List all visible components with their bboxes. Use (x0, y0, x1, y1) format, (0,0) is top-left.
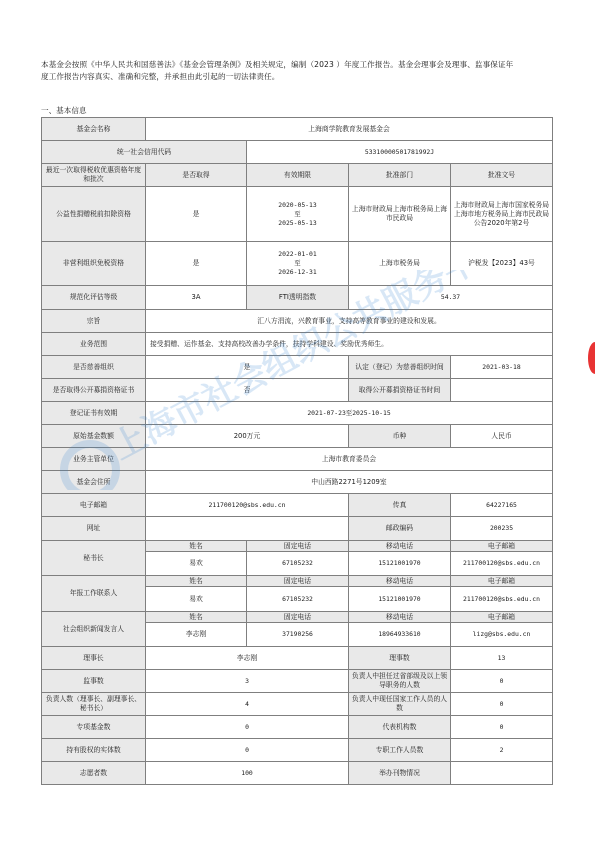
value-civil-servant-count: 0 (451, 693, 553, 716)
header-contact-email: 电子邮箱 (451, 576, 553, 587)
row-cert-validity: 登记证书有效期 2021-07-23至2025-10-15 (42, 402, 553, 425)
row-governance: 持有股权的实体数 0 专职工作人员数 2 (42, 739, 553, 762)
value-authority: 上海市教育委员会 (146, 448, 553, 471)
label-volunteers-count: 志愿者数 (42, 762, 146, 785)
period-start: 2022-01-01 (249, 250, 346, 259)
label-directors-count: 理事数 (349, 647, 451, 670)
header-contact-mobile: 移动电话 (349, 541, 451, 552)
label-supervisors-count: 监事数 (42, 670, 146, 693)
value-contact-phone: 37190256 (247, 623, 349, 647)
value-credit-code: 53310000501781992J (247, 141, 553, 164)
row-governance: 志愿者数 100 举办刊物情况 (42, 762, 553, 785)
value-charity-date: 2021-03-18 (451, 356, 553, 379)
label-former-ministerial-count: 负责人中担任过省部级及以上领导职务的人数 (349, 670, 451, 693)
value-chairman: 李志刚 (146, 647, 349, 670)
header-contact-mobile: 移动电话 (349, 612, 451, 623)
value-tax-deduction-period: 2020-05-13 至 2025-05-13 (247, 187, 349, 242)
label-tax-exemption: 非营利组织免税资格 (42, 242, 146, 286)
header-validity: 有效期限 (247, 164, 349, 187)
value-tax-exemption-obtained: 是 (146, 242, 247, 286)
basic-info-table: 基金会名称 上海商学院教育发展基金会 统一社会信用代码 533100005017… (41, 117, 553, 785)
header-contact-mobile: 移动电话 (349, 576, 451, 587)
header-contact-name: 姓名 (146, 541, 247, 552)
value-contact-email: lizg@sbs.edu.cn (451, 623, 553, 647)
label-chairman: 理事长 (42, 647, 146, 670)
period-end: 2025-05-13 (249, 219, 346, 228)
row-tax-exemption: 非营利组织免税资格 是 2022-01-01 至 2026-12-31 上海市税… (42, 242, 553, 286)
value-tax-exemption-department: 上海市税务局 (349, 242, 451, 286)
value-rating: 3A (146, 286, 247, 310)
header-contact-name: 姓名 (146, 576, 247, 587)
row-scope: 业务范围 接受捐赠、运作基金、支持高校改善办学条件，扶持学科建设、奖励优秀师生。 (42, 333, 553, 356)
label-scope: 业务范围 (42, 333, 146, 356)
value-foundation-name: 上海商学院教育发展基金会 (146, 118, 553, 141)
value-special-funds-count: 0 (146, 716, 349, 739)
value-equity-entities-count: 0 (146, 739, 349, 762)
label-civil-servant-count: 负责人中现任国家工作人员的人数 (349, 693, 451, 716)
value-contact-name: 易欢 (146, 552, 247, 576)
label-email: 电子邮箱 (42, 494, 146, 517)
row-authority: 业务主管单位 上海市教育委员会 (42, 448, 553, 471)
label-contact-report: 年报工作联系人 (42, 576, 146, 612)
header-contact-phone: 固定电话 (247, 576, 349, 587)
label-rating: 规范化评估等级 (42, 286, 146, 310)
row-purpose: 宗旨 汇八方涓流，兴教育事业，支持高等教育事业的建设和发展。 (42, 310, 553, 333)
row-website-postcode: 网址 邮政编码 200235 (42, 517, 553, 541)
section-title-basic-info: 一、基本信息 (41, 106, 87, 116)
label-charity-date: 认定（登记）为慈善组织时间 (349, 356, 451, 379)
period-to: 至 (249, 259, 346, 268)
value-currency: 人民币 (451, 425, 553, 448)
label-website: 网址 (42, 517, 146, 541)
label-special-funds-count: 专项基金数 (42, 716, 146, 739)
value-fax: 64227165 (451, 494, 553, 517)
row-rating: 规范化评估等级 3A FTI透明指数 54.37 (42, 286, 553, 310)
label-equity-entities-count: 持有股权的实体数 (42, 739, 146, 762)
value-purpose: 汇八方涓流，兴教育事业，支持高等教育事业的建设和发展。 (146, 310, 553, 333)
label-fulltime-staff-count: 专职工作人员数 (349, 739, 451, 762)
header-doc-no: 批准文号 (451, 164, 553, 187)
value-leaders-count: 4 (146, 693, 349, 716)
period-start: 2020-05-13 (249, 201, 346, 210)
value-email: 211700120@sbs.edu.cn (146, 494, 349, 517)
header-contact-phone: 固定电话 (247, 612, 349, 623)
label-cert-validity: 登记证书有效期 (42, 402, 146, 425)
value-cert-validity: 2021-07-23至2025-10-15 (146, 402, 553, 425)
header-contact-email: 电子邮箱 (451, 612, 553, 623)
label-purpose: 宗旨 (42, 310, 146, 333)
row-contact-secretary-header: 秘书长 姓名 固定电话 移动电话 电子邮箱 (42, 541, 553, 552)
label-authority: 业务主管单位 (42, 448, 146, 471)
label-address: 基金会住所 (42, 471, 146, 494)
header-contact-email: 电子邮箱 (451, 541, 553, 552)
header-department: 批准部门 (349, 164, 451, 187)
value-charity: 是 (146, 356, 349, 379)
label-charity: 是否慈善组织 (42, 356, 146, 379)
row-governance: 专项基金数 0 代表机构数 0 (42, 716, 553, 739)
value-scope: 接受捐赠、运作基金、支持高校改善办学条件，扶持学科建设、奖励优秀师生。 (146, 333, 553, 356)
row-public-fundraising: 是否取得公开募捐资格证书 否 取得公开募捐资格证书时间 (42, 379, 553, 402)
label-public-fundraising: 是否取得公开募捐资格证书 (42, 379, 146, 402)
label-public-fundraising-date: 取得公开募捐资格证书时间 (349, 379, 451, 402)
label-currency: 币种 (349, 425, 451, 448)
value-postcode: 200235 (451, 517, 553, 541)
value-tax-deduction-obtained: 是 (146, 187, 247, 242)
period-to: 至 (249, 210, 346, 219)
value-public-fundraising-date (451, 379, 553, 402)
seal-stamp-icon (588, 342, 595, 374)
row-tax-deduction: 公益性捐赠税前扣除资格 是 2020-05-13 至 2025-05-13 上海… (42, 187, 553, 242)
label-contact-spokesperson: 社会组织新闻发言人 (42, 612, 146, 647)
row-initial-fund: 原始基金数额 200万元 币种 人民币 (42, 425, 553, 448)
row-contact-spokesperson-header: 社会组织新闻发言人 姓名 固定电话 移动电话 电子邮箱 (42, 612, 553, 623)
row-charity: 是否慈善组织 是 认定（登记）为慈善组织时间 2021-03-18 (42, 356, 553, 379)
label-publications: 举办刊物情况 (349, 762, 451, 785)
label-fti: FTI透明指数 (247, 286, 349, 310)
label-contact-secretary: 秘书长 (42, 541, 146, 576)
value-contact-mobile: 15121001970 (349, 587, 451, 612)
row-email-fax: 电子邮箱 211700120@sbs.edu.cn 传真 64227165 (42, 494, 553, 517)
value-publications (451, 762, 553, 785)
label-initial-fund: 原始基金数额 (42, 425, 146, 448)
value-tax-exemption-doc-no: 沪税发【2023】43号 (451, 242, 553, 286)
value-supervisors-count: 3 (146, 670, 349, 693)
value-contact-email: 211700120@sbs.edu.cn (451, 587, 553, 612)
row-tax-header: 最近一次取得税收优惠资格年度和批次 是否取得 有效期限 批准部门 批准文号 (42, 164, 553, 187)
value-fulltime-staff-count: 2 (451, 739, 553, 762)
label-leaders-count: 负责人数（理事长、副理事长、秘书长） (42, 693, 146, 716)
row-contact-report-header: 年报工作联系人 姓名 固定电话 移动电话 电子邮箱 (42, 576, 553, 587)
value-rep-offices-count: 0 (451, 716, 553, 739)
value-contact-phone: 67105232 (247, 587, 349, 612)
value-contact-mobile: 15121001970 (349, 552, 451, 576)
value-directors-count: 13 (451, 647, 553, 670)
value-contact-mobile: 18964933610 (349, 623, 451, 647)
value-contact-name: 易欢 (146, 587, 247, 612)
label-rep-offices-count: 代表机构数 (349, 716, 451, 739)
value-former-ministerial-count: 0 (451, 670, 553, 693)
value-website (146, 517, 349, 541)
value-fti: 54.37 (349, 286, 553, 310)
value-address: 中山西路2271号1209室 (146, 471, 553, 494)
intro-paragraph: 本基金会按照《中华人民共和国慈善法》《基金会管理条例》及相关规定，编制（2023… (41, 59, 521, 83)
row-credit-code: 统一社会信用代码 53310000501781992J (42, 141, 553, 164)
label-tax-qualification: 最近一次取得税收优惠资格年度和批次 (42, 164, 146, 187)
period-end: 2026-12-31 (249, 268, 346, 277)
row-governance: 监事数 3 负责人中担任过省部级及以上领导职务的人数 0 (42, 670, 553, 693)
value-initial-fund: 200万元 (146, 425, 349, 448)
label-fax: 传真 (349, 494, 451, 517)
label-foundation-name: 基金会名称 (42, 118, 146, 141)
header-obtained: 是否取得 (146, 164, 247, 187)
header-contact-name: 姓名 (146, 612, 247, 623)
value-tax-exemption-period: 2022-01-01 至 2026-12-31 (247, 242, 349, 286)
value-contact-phone: 67105232 (247, 552, 349, 576)
value-volunteers-count: 100 (146, 762, 349, 785)
value-public-fundraising: 否 (146, 379, 349, 402)
label-tax-deduction: 公益性捐赠税前扣除资格 (42, 187, 146, 242)
row-governance: 理事长 李志刚 理事数 13 (42, 647, 553, 670)
row-governance: 负责人数（理事长、副理事长、秘书长） 4 负责人中现任国家工作人员的人数 0 (42, 693, 553, 716)
row-foundation-name: 基金会名称 上海商学院教育发展基金会 (42, 118, 553, 141)
value-contact-name: 李志刚 (146, 623, 247, 647)
row-address: 基金会住所 中山西路2271号1209室 (42, 471, 553, 494)
label-postcode: 邮政编码 (349, 517, 451, 541)
label-credit-code: 统一社会信用代码 (42, 141, 247, 164)
value-tax-deduction-department: 上海市财政局上海市税务局上海市民政局 (349, 187, 451, 242)
value-tax-deduction-doc-no: 上海市财政局上海市国家税务局上海市地方税务局上海市民政局公告2020年第2号 (451, 187, 553, 242)
value-contact-email: 211700120@sbs.edu.cn (451, 552, 553, 576)
header-contact-phone: 固定电话 (247, 541, 349, 552)
